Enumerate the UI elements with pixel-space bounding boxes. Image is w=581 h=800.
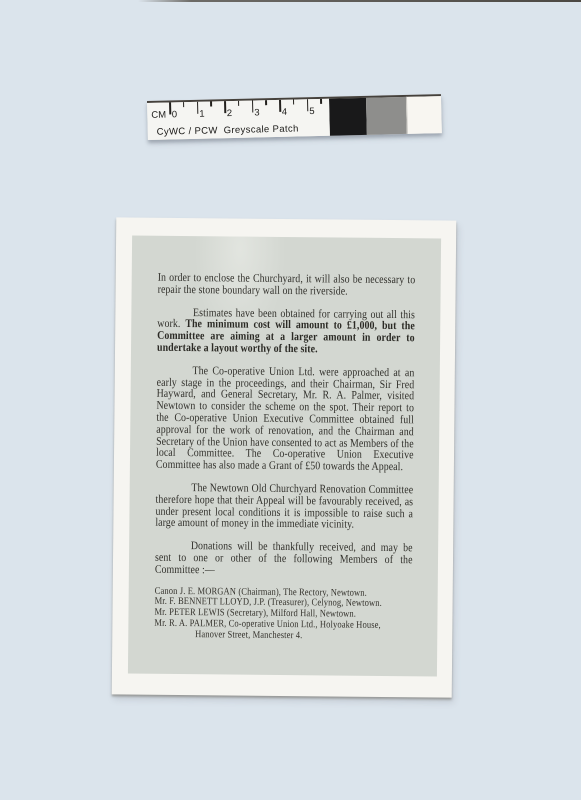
ruler-number: 5 [309,106,315,117]
ruler-number: 3 [254,107,260,118]
ruler-caption: CyWC / PCW Greyscale Patch [157,123,299,137]
greyscale-patch-black [329,98,367,136]
ruler-tick [252,101,254,113]
ruler-tick [197,102,199,114]
paragraph-enclose-churchyard: In order to enclose the Churchyard, it w… [158,272,416,298]
ruler-number: 1 [199,109,205,120]
document-text: In order to enclose the Churchyard, it w… [154,272,415,643]
ruler-tick [169,102,171,114]
greyscale-patch-white [406,96,442,134]
committee-list: Canon J. E. MORGAN (Chairman), The Recto… [154,586,412,642]
ruler-number: 4 [282,107,288,118]
document-page: In order to enclose the Churchyard, it w… [128,236,441,677]
ruler-tick [210,101,212,106]
paragraph-donations: Donations will be thankfully received, a… [155,540,413,578]
paragraph-renovation-committee: The Newtown Old Churchyard Renovation Co… [155,482,413,532]
scanned-photo: CM 0 1 2 3 4 5 CyWC / PCW Greyscale Patc… [0,0,581,800]
ruler-tick [238,101,240,106]
ruler-tick [279,100,281,112]
greyscale-ruler: CM 0 1 2 3 4 5 CyWC / PCW Greyscale Patc… [147,94,442,140]
ruler-tick [307,99,309,111]
ruler-tick [224,101,226,113]
paragraph-estimates: Estimates have been obtained for carryin… [157,306,415,356]
greyscale-patch-grey [366,97,407,135]
ruler-number: 2 [227,108,233,119]
ruler-tick [293,100,295,105]
ruler-tick [183,102,185,107]
ruler-scale: CM 0 1 2 3 4 5 CyWC / PCW Greyscale Patc… [147,99,330,140]
scanner-edge-line [138,0,581,2]
document-card: In order to enclose the Churchyard, it w… [112,217,457,697]
ruler-tick [265,100,267,105]
ruler-number: 0 [172,109,178,120]
ruler-tick [320,99,322,104]
committee-member: Mr. R. A. PALMER, Co-operative Union Ltd… [154,619,412,643]
paragraph-cooperative-union: The Co-operative Union Ltd. were approac… [156,365,415,474]
paragraph-estimates-bold: The minimum cost will amount to £1,000, … [157,317,415,355]
ruler-unit-label: CM [151,110,166,121]
